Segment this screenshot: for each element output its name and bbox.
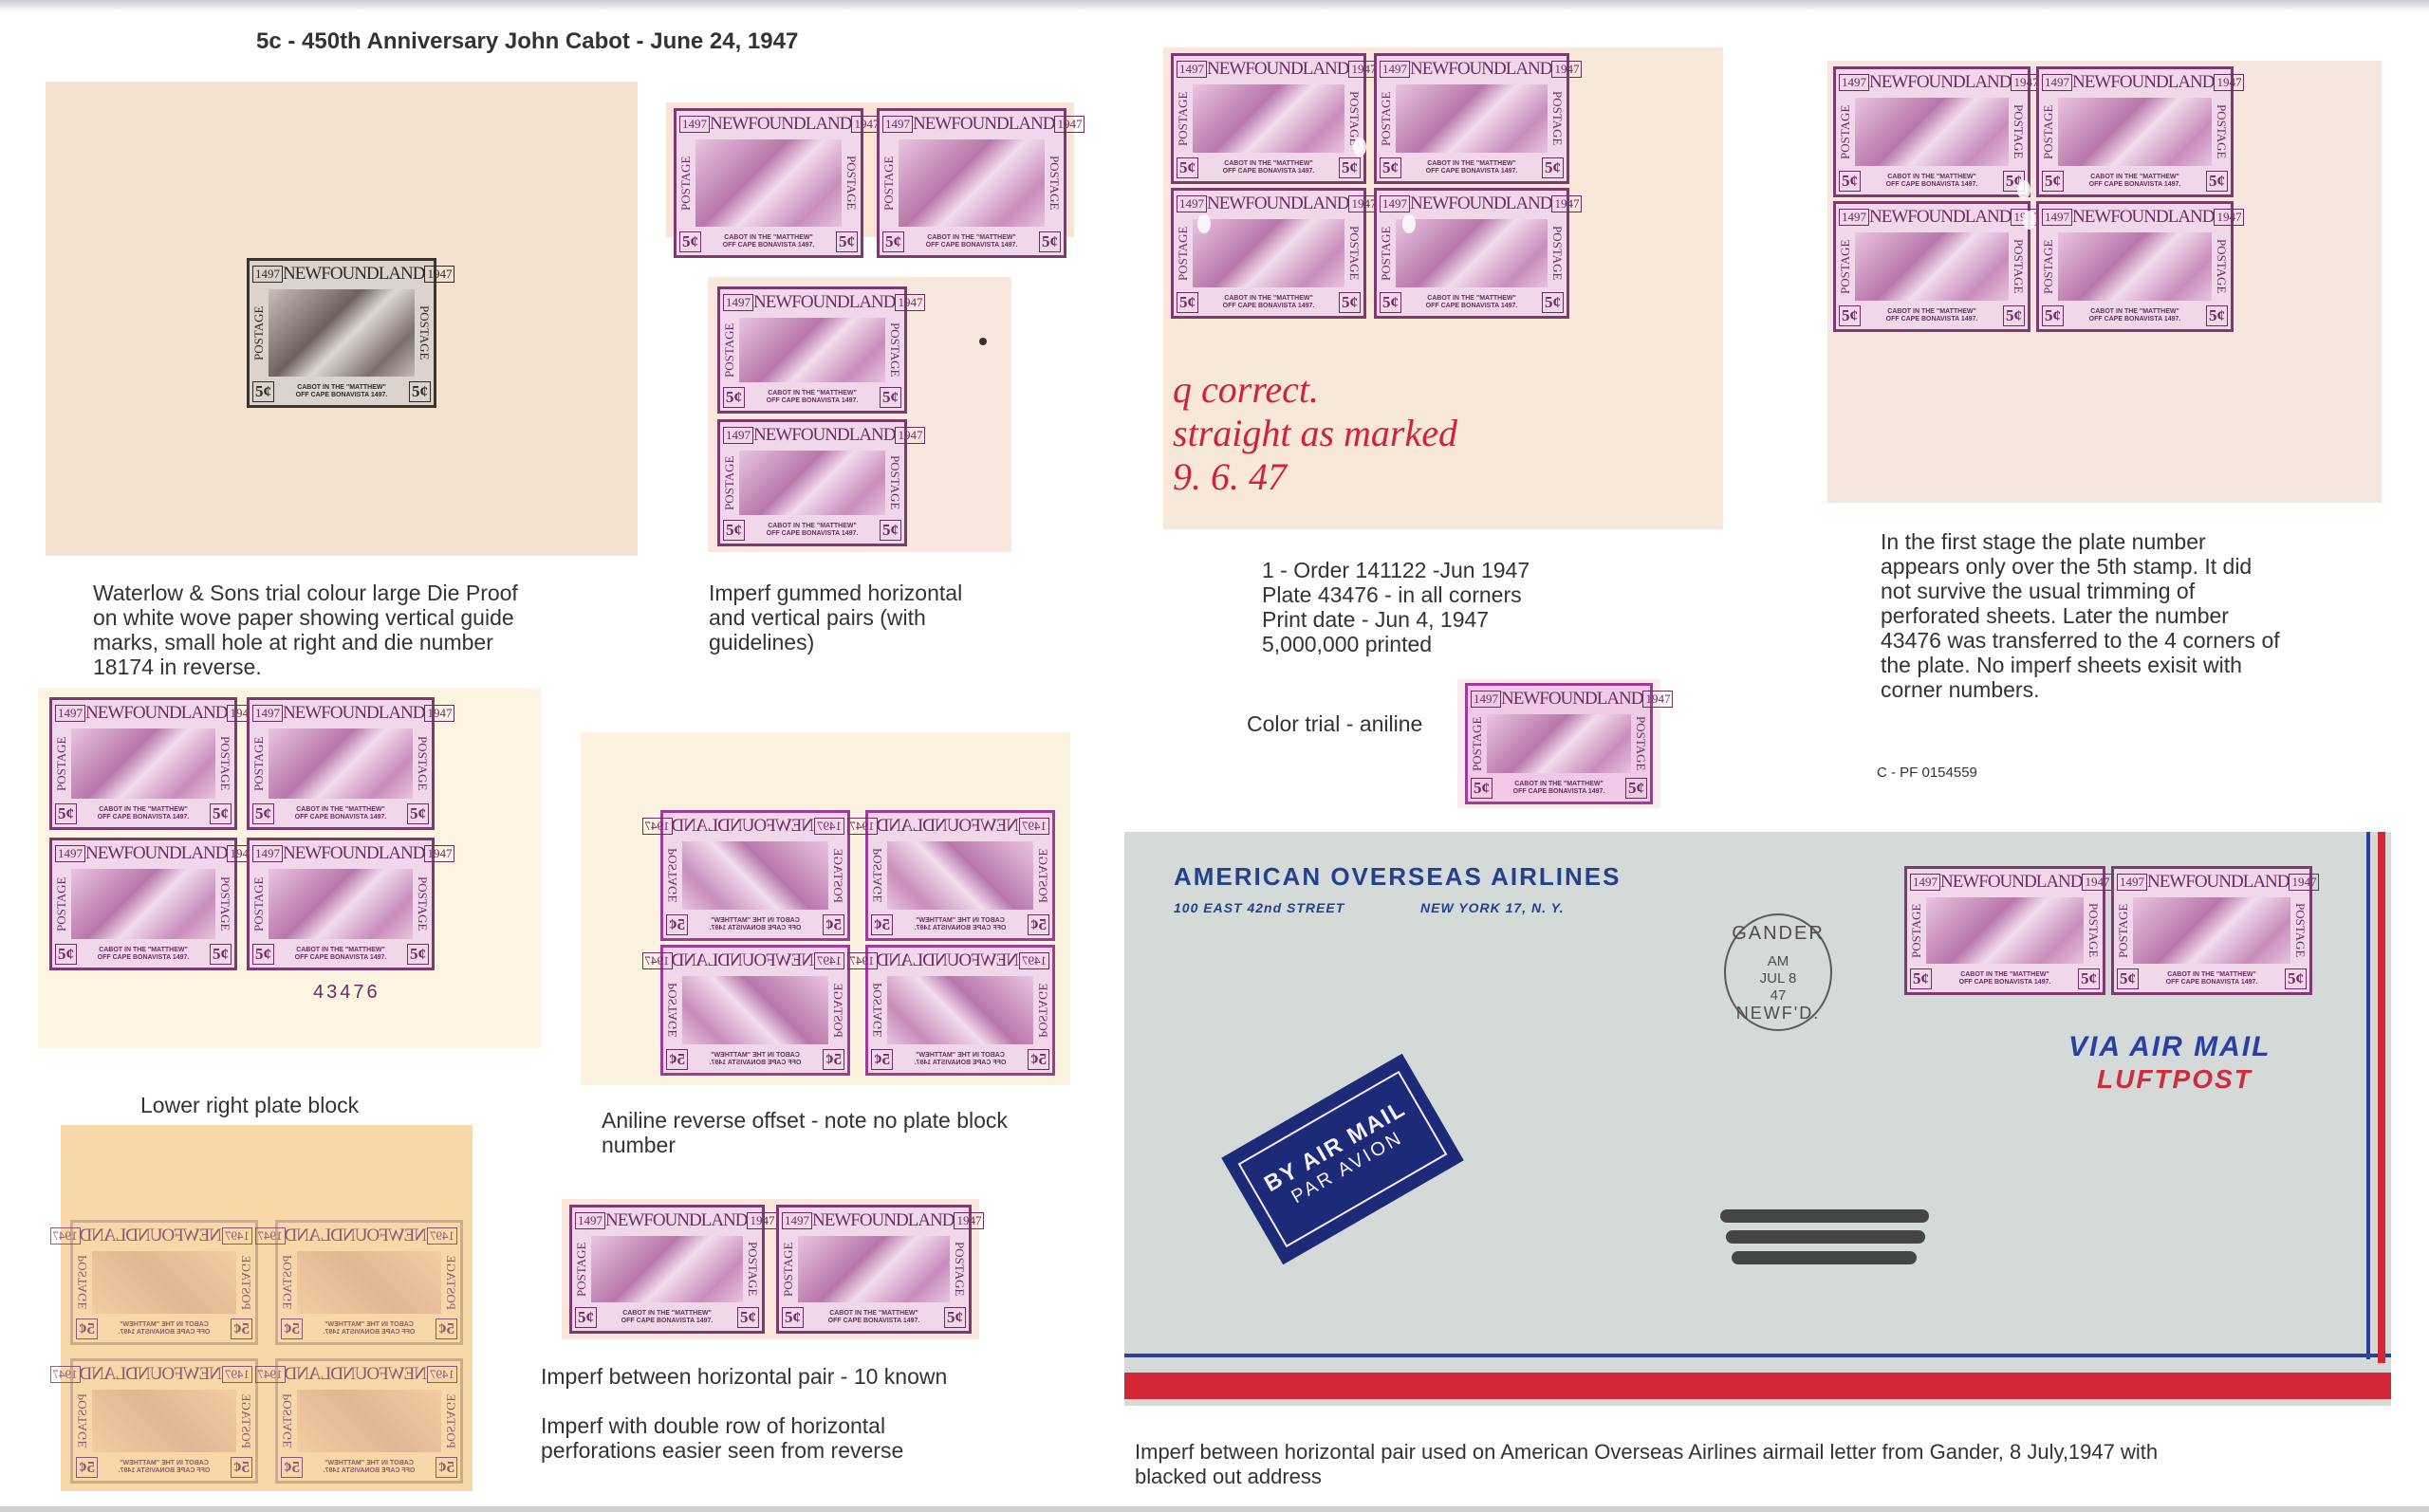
cover-stamp: 1497NEWFOUNDLAND1947POSTAGEPOSTAGE5¢CABO… [1904,866,2105,995]
stamp-country: NEWFOUNDLAND [710,114,851,135]
stamp-side-right: POSTAGE [665,976,680,1044]
stamp-country: NEWFOUNDLAND [85,843,227,864]
stamp-footer: 5¢CABOT IN THE "MATTHEW"OFF CAPE BONAVIS… [1468,775,1650,802]
stamp-side-right: POSTAGE [745,1236,760,1302]
stamp-legend: CABOT IN THE "MATTHEW"OFF CAPE BONAVISTA… [1959,971,2051,986]
stamp-value-right: 5¢ [2285,968,2307,989]
stamp-year-left: 1497 [1019,818,1049,835]
stamp-value-right: 5¢ [871,914,893,935]
stamp-year-right: 1947 [2082,874,2112,891]
stamp-side-left: POSTAGE [238,1251,253,1314]
stamp-header: 1497NEWFOUNDLAND1947 [1377,56,1567,83]
stamp-value-left: 5¢ [882,231,904,252]
stamp-header: 1497NEWFOUNDLAND1947 [720,289,904,316]
stamp-ship-scene [92,1251,236,1314]
stamp-year-left: 1497 [782,1212,812,1229]
stamp-side-right: POSTAGE [2292,897,2308,964]
die-proof-caption: Waterlow & Sons trial colour large Die P… [93,581,518,679]
stamp-year-left: 1497 [1177,195,1207,212]
stamp-side-left: POSTAGE [1838,98,1853,166]
stamp-legend-line1: CABOT IN THE "MATTHEW" [768,390,857,396]
stamp-year-right: 1947 [2289,874,2319,891]
stamp-legend-line2: OFF CAPE BONAVISTA 1497. [2089,316,2181,323]
airline-name: AMERICAN OVERSEAS AIRLINES [1174,862,1621,892]
stamp-value-right: 5¢ [1339,157,1361,178]
stamp-value-left: 5¢ [1177,292,1198,313]
stamp-header: 1497NEWFOUNDLAND1947 [278,1223,460,1249]
stamp-country: NEWFOUNDLAND [913,114,1054,135]
stamp-ship-scene [2058,98,2212,166]
stamp-legend-line2: OFF CAPE BONAVISTA 1497. [710,925,802,931]
imperf-between-pair: 1497NEWFOUNDLAND1947POSTAGEPOSTAGE5¢CABO… [562,1199,979,1339]
stamp-year-left: 1497 [814,952,844,969]
stamp-ship-scene [2133,897,2290,964]
stamp-value-left: 5¢ [823,914,844,935]
stamp-legend: CABOT IN THE "MATTHEW"OFF CAPE BONAVISTA… [2166,971,2258,986]
stamp-legend-line1: CABOT IN THE "MATTHEW" [2090,308,2179,315]
stamp-country: NEWFOUNDLAND [283,843,424,864]
stamp-year-left: 1497 [427,1366,457,1383]
blacked-out-address [1732,1251,1917,1264]
guide-hole [979,338,987,345]
stamp-ship-scene [1193,219,1344,287]
stamp-legend-line1: CABOT IN THE "MATTHEW" [1514,781,1604,787]
stamp: 1497NEWFOUNDLAND1947POSTAGEPOSTAGE5¢CABO… [1465,683,1653,804]
first-stage-sheet: 1497NEWFOUNDLAND1947POSTAGEPOSTAGE5¢CABO… [1827,61,2382,503]
stamp-ship-scene [1855,232,2009,301]
stamp-legend: CABOT IN THE "MATTHEW"OFF CAPE BONAVISTA… [295,806,387,821]
stamp-value-right: 5¢ [210,803,232,824]
stamp-footer: 5¢CABOT IN THE "MATTHEW"OFF CAPE BONAVIS… [52,801,234,827]
stamp-value-right: 5¢ [880,387,901,408]
stamp-side-left: POSTAGE [781,1236,796,1302]
stamp-legend: CABOT IN THE "MATTHEW"OFF CAPE BONAVISTA… [1426,295,1518,310]
stamp-legend-line1: CABOT IN THE "MATTHEW" [1427,295,1516,302]
stamp-footer: 5¢CABOT IN THE "MATTHEW"OFF CAPE BONAVIS… [278,1454,460,1481]
postmark-town: GANDER [1726,923,1830,945]
stamp-side-right: POSTAGE [665,841,680,910]
stamp-value-right: 5¢ [76,1318,98,1339]
stamp-legend-line1: CABOT IN THE "MATTHEW" [297,384,386,391]
cover-caption: Imperf between horizontal pair used on A… [1135,1440,2158,1489]
stamp-footer: 5¢CABOT IN THE "MATTHEW"OFF CAPE BONAVIS… [1836,303,2028,329]
reverse-block-sheet: 1497NEWFOUNDLAND1947POSTAGEPOSTAGE5¢CABO… [61,1125,473,1491]
stamp-legend: CABOT IN THE "MATTHEW"OFF CAPE BONAVISTA… [295,947,387,962]
stamp-year-right: 1947 [747,1212,777,1229]
stamp-footer: 5¢CABOT IN THE "MATTHEW"OFF CAPE BONAVIS… [278,1316,460,1342]
stamp-header: 1497NEWFOUNDLAND1947 [1174,191,1363,217]
stamp-legend-line2: OFF CAPE BONAVISTA 1497. [710,1060,802,1066]
aniline-offset-caption: Aniline reverse offset - note no plate b… [602,1108,1008,1157]
stamp-side-left: POSTAGE [1379,84,1394,153]
stamp-year-right: 1947 [1551,61,1582,78]
stamp-legend-line2: OFF CAPE BONAVISTA 1497. [295,954,387,961]
stamp-value-left: 5¢ [436,1457,457,1478]
stamp-value-right: 5¢ [409,381,431,402]
page-title: 5c - 450th Anniversary John Cabot - June… [256,28,798,55]
stamp-legend: CABOT IN THE "MATTHEW"OFF CAPE BONAVISTA… [2089,308,2181,323]
stamp-legend: CABOT IN THE "MATTHEW"OFF CAPE BONAVISTA… [98,806,190,821]
blacked-out-address [1726,1230,1925,1244]
stamp-value-right: 5¢ [1542,157,1564,178]
stamp-side-left: POSTAGE [830,976,845,1044]
stamp-year-right: 1947 [50,1366,81,1383]
die-proof-sheet: 1497NEWFOUNDLAND1947POSTAGEPOSTAGE5¢CABO… [46,82,638,556]
stamp-footer: 5¢CABOT IN THE "MATTHEW"OFF CAPE BONAVIS… [720,517,904,544]
luftpost: LUFTPOST [2097,1064,2253,1095]
stamp-value-right: 5¢ [407,944,429,965]
double-row-caption: Imperf with double row of horizontal per… [541,1413,903,1463]
stamp-value-left: 5¢ [55,944,77,965]
stamp-legend: CABOT IN THE "MATTHEW"OFF CAPE BONAVISTA… [1223,295,1315,310]
stamp-side-right: POSTAGE [217,869,232,939]
stamp-ship-scene [1396,219,1548,287]
stamp-footer: 5¢CABOT IN THE "MATTHEW"OFF CAPE BONAVIS… [2039,303,2231,329]
stamp-legend: CABOT IN THE "MATTHEW"OFF CAPE BONAVISTA… [296,384,388,399]
stamp-year-right: 1947 [50,1227,81,1245]
stamp-country: NEWFOUNDLAND [1410,59,1551,80]
stamp-legend-line1: CABOT IN THE "MATTHEW" [724,234,813,241]
stamp-legend-line1: CABOT IN THE "MATTHEW" [1960,971,2049,978]
stamp-legend-line1: CABOT IN THE "MATTHEW" [711,1052,800,1059]
cover-stamp: 1497NEWFOUNDLAND1947POSTAGEPOSTAGE5¢CABO… [2111,866,2312,995]
stamp-year-left: 1497 [1380,61,1410,78]
stamp-value-left: 5¢ [723,387,745,408]
stamp-legend-line1: CABOT IN THE "MATTHEW" [324,1460,414,1466]
stamp-footer: 5¢CABOT IN THE "MATTHEW"OFF CAPE BONAVIS… [73,1316,255,1342]
stamp-country: NEWFOUNDLAND [1207,194,1348,214]
stamp-side-right: POSTAGE [1346,219,1362,287]
stamp-legend: CABOT IN THE "MATTHEW"OFF CAPE BONAVISTA… [1426,160,1518,175]
stamp-header: 1497NEWFOUNDLAND1947 [1836,204,2028,230]
stamp-header: 1497NEWFOUNDLAND1947 [663,813,847,839]
stamp-value-right: 5¢ [281,1457,303,1478]
stamp-side-right: POSTAGE [75,1390,90,1452]
stamp-reverse-view: 1497NEWFOUNDLAND1947POSTAGEPOSTAGE5¢CABO… [275,1220,463,1345]
vertical-pair-sheet: 1497NEWFOUNDLAND1947POSTAGEPOSTAGE5¢CABO… [708,277,1011,552]
stamp-value-left: 5¢ [782,1307,804,1328]
stamp-legend-line2: OFF CAPE BONAVISTA 1497. [2089,181,2181,188]
stamp-legend: CABOT IN THE "MATTHEW"OFF CAPE BONAVISTA… [324,1321,416,1337]
stamp-ship-scene [695,139,842,227]
stamp-country: NEWFOUNDLAND [2072,207,2214,228]
stamp-side-left: POSTAGE [251,728,267,799]
stamp-side-right: POSTAGE [417,289,432,377]
gummed-pairs-caption: Imperf gummed horizontal and vertical pa… [709,581,962,655]
stamp: 1497NEWFOUNDLAND1947POSTAGEPOSTAGE5¢CABO… [1833,201,2030,332]
stamp-legend-line2: OFF CAPE BONAVISTA 1497. [119,1329,211,1336]
stamp-country: NEWFOUNDLAND [1410,194,1551,214]
stamp-value-right: 5¢ [737,1307,759,1328]
top-edge-shadow [0,0,2429,11]
stamp-country: NEWFOUNDLAND [753,292,895,313]
stamp-year-left: 1497 [55,845,85,862]
stamp-side-left: POSTAGE [443,1390,458,1452]
stamp-side-right: POSTAGE [844,139,859,227]
stamp-value-right: 5¢ [880,520,901,541]
stamp-header: 1497NEWFOUNDLAND1947 [250,840,432,867]
stamp-year-right: 1947 [424,845,454,862]
stamp-country: NEWFOUNDLAND [673,950,814,971]
punch-hole [2017,180,2030,199]
stamp: 1497NEWFOUNDLAND1947POSTAGEPOSTAGE5¢CABO… [49,697,237,830]
cover-stripe-right-red [2378,832,2385,1363]
stamp-legend-line2: OFF CAPE BONAVISTA 1497. [324,1467,416,1474]
stamp-year-left: 1497 [723,427,753,444]
stamp-header: 1497NEWFOUNDLAND1947 [868,813,1052,839]
stamp-footer: 5¢CABOT IN THE "MATTHEW"OFF CAPE BONAVIS… [868,912,1052,938]
stamp-country: NEWFOUNDLAND [81,1226,222,1246]
stamp-side-left: POSTAGE [1379,219,1394,287]
stamp-year-left: 1497 [252,705,283,722]
stamp-legend-line1: CABOT IN THE "MATTHEW" [120,1321,209,1328]
stamp-value-left: 5¢ [723,520,745,541]
stamp-header: 1497NEWFOUNDLAND1947 [1907,869,2103,895]
stamp-side-left: POSTAGE [443,1251,458,1314]
stamp-year-right: 1947 [642,818,673,835]
stamp-side-right: POSTAGE [1047,139,1062,227]
cover-stripe-right-blue [2366,832,2370,1359]
stamp-legend-line2: OFF CAPE BONAVISTA 1497. [926,242,1018,249]
stamp-ship-scene [739,318,885,382]
stamp-value-left: 5¢ [252,381,274,402]
stamp-value-right: 5¢ [871,1049,893,1070]
stamp-year-left: 1497 [222,1366,252,1383]
stamp-legend-line2: OFF CAPE BONAVISTA 1497. [324,1329,416,1336]
cover-stripe-red [1124,1373,2391,1399]
stamp-legend: CABOT IN THE "MATTHEW"OFF CAPE BONAVISTA… [915,1052,1007,1067]
aniline-offset-sheet: 1497NEWFOUNDLAND1947POSTAGEPOSTAGE5¢CABO… [581,732,1070,1085]
plate-block-sheet: 1497NEWFOUNDLAND1947POSTAGEPOSTAGE5¢CABO… [38,688,541,1048]
stamp: 1497NEWFOUNDLAND1947POSTAGEPOSTAGE5¢CABO… [1171,188,1366,319]
stamp: 1497NEWFOUNDLAND1947POSTAGEPOSTAGE5¢CABO… [49,838,237,970]
stamp-ship-scene [71,728,215,799]
stamp-header: 1497NEWFOUNDLAND1947 [1377,191,1567,217]
stamp-side-left: POSTAGE [238,1390,253,1452]
stamp-value-left: 5¢ [1910,968,1932,989]
stamp-country: NEWFOUNDLAND [1869,207,2011,228]
stamp-country: NEWFOUNDLAND [1207,59,1348,80]
stamp-side-right: POSTAGE [1549,84,1565,153]
stamp-year-left: 1497 [1380,195,1410,212]
stamp-year-left: 1497 [1177,61,1207,78]
stamp-country: NEWFOUNDLAND [1869,72,2011,93]
stamp-header: 1497NEWFOUNDLAND1947 [278,1361,460,1388]
punch-hole [1402,214,1416,233]
bottom-edge [0,1506,2429,1512]
stamp-year-right: 1947 [2214,74,2244,91]
stamp-value-left: 5¢ [1028,1049,1049,1070]
stamp-footer: 5¢CABOT IN THE "MATTHEW"OFF CAPE BONAVIS… [250,941,432,968]
stamp-year-left: 1497 [2042,209,2072,226]
stamp-value-right: 5¢ [1542,292,1564,313]
punch-hole [2023,211,2036,230]
stamp-year-left: 1497 [1839,209,1869,226]
stamp-side-left: POSTAGE [722,451,737,515]
stamp-footer: 5¢CABOT IN THE "MATTHEW"OFF CAPE BONAVIS… [663,912,847,938]
stamp-ship-scene [739,451,885,515]
stamp-value-left: 5¢ [1839,171,1861,192]
stamp-header: 1497NEWFOUNDLAND1947 [73,1223,255,1249]
stamp-country: NEWFOUNDLAND [1940,872,2082,893]
stamp-legend-line2: OFF CAPE BONAVISTA 1497. [621,1318,714,1324]
stamp-legend: CABOT IN THE "MATTHEW"OFF CAPE BONAVISTA… [926,234,1018,249]
color-trial-caption: Color trial - aniline [1247,711,1422,736]
stamp-side-left: POSTAGE [251,289,267,377]
stamp-legend-line1: CABOT IN THE "MATTHEW" [99,806,188,813]
stamp-legend: CABOT IN THE "MATTHEW"OFF CAPE BONAVISTA… [1886,308,1978,323]
stamp-value-right: 5¢ [2078,968,2100,989]
stamp: 1497NEWFOUNDLAND1947POSTAGEPOSTAGE5¢CABO… [247,697,435,830]
stamp-legend: CABOT IN THE "MATTHEW"OFF CAPE BONAVISTA… [324,1460,416,1475]
stamp-year-right: 1947 [255,1227,286,1245]
stamp-value-left: 5¢ [2042,171,2064,192]
stamp-legend-line2: OFF CAPE BONAVISTA 1497. [1426,168,1518,175]
stamp-ship-scene [1487,714,1631,773]
stamp-year-right: 1947 [1054,116,1085,133]
stamp-reverse-view: 1497NEWFOUNDLAND1947POSTAGEPOSTAGE5¢CABO… [70,1220,258,1345]
stamp-ship-scene [1396,84,1548,153]
stamp-year-left: 1497 [222,1227,252,1245]
stamp-footer: 5¢CABOT IN THE "MATTHEW"OFF CAPE BONAVIS… [572,1304,762,1331]
stamp-year-left: 1497 [55,705,85,722]
stamp-value-right: 5¢ [666,914,688,935]
stamp-country: NEWFOUNDLAND [286,1364,427,1385]
stamp-country: NEWFOUNDLAND [2147,872,2289,893]
stamp-header: 1497NEWFOUNDLAND1947 [779,1208,969,1234]
stamp-country: NEWFOUNDLAND [2072,72,2214,93]
stamp-side-right: POSTAGE [217,728,232,799]
stamp-header: 1497NEWFOUNDLAND1947 [1174,56,1363,83]
stamp-legend: CABOT IN THE "MATTHEW"OFF CAPE BONAVISTA… [915,917,1007,932]
stamp-side-right: POSTAGE [280,1390,295,1452]
stamp-country: NEWFOUNDLAND [81,1364,222,1385]
stamp-footer: 5¢CABOT IN THE "MATTHEW"OFF CAPE BONAVIS… [1377,289,1567,316]
stamp-ship-scene [682,976,828,1044]
stamp-legend-line2: OFF CAPE BONAVISTA 1497. [1959,979,2051,986]
stamp-legend: CABOT IN THE "MATTHEW"OFF CAPE BONAVISTA… [2089,174,2181,189]
stamp-legend-line2: OFF CAPE BONAVISTA 1497. [767,530,859,537]
stamp-year-right: 1947 [954,1212,984,1229]
stamp-legend-line2: OFF CAPE BONAVISTA 1497. [915,925,1007,931]
stamp-value-left: 5¢ [1839,305,1861,326]
stamp-legend-line1: CABOT IN THE "MATTHEW" [916,917,1005,924]
stamp-value-right: 5¢ [2206,305,2228,326]
stamp-legend-line1: CABOT IN THE "MATTHEW" [99,947,188,953]
plate-number: 43476 [313,982,380,1004]
stamp-side-left: POSTAGE [54,869,69,939]
stamp-ship-scene [92,1390,236,1452]
order-sheet-caption: 1 - Order 141122 -Jun 1947 Plate 43476 -… [1262,558,1530,656]
stamp-legend: CABOT IN THE "MATTHEW"OFF CAPE BONAVISTA… [621,1310,714,1325]
stamp-year-right: 1947 [895,427,925,444]
stamp-ship-scene [269,289,415,377]
stamp-value-right: 5¢ [2206,171,2228,192]
stamp-value-right: 5¢ [281,1318,303,1339]
stamp-side-right: POSTAGE [75,1251,90,1314]
stamp-value-left: 5¢ [55,803,77,824]
handwritten-note: q correct. straight as marked 9. 6. 47 [1173,368,1457,499]
stamp-footer: 5¢CABOT IN THE "MATTHEW"OFF CAPE BONAVIS… [880,229,1064,255]
stamp-header: 1497NEWFOUNDLAND1947 [663,948,847,974]
stamp-legend-line1: CABOT IN THE "MATTHEW" [120,1460,209,1466]
stamp-side-left: POSTAGE [54,728,69,799]
stamp-footer: 5¢CABOT IN THE "MATTHEW"OFF CAPE BONAVIS… [720,384,904,411]
stamp-footer: 5¢CABOT IN THE "MATTHEW"OFF CAPE BONAVIS… [250,378,434,405]
stamp-side-right: POSTAGE [870,841,885,910]
stamp-legend: CABOT IN THE "MATTHEW"OFF CAPE BONAVISTA… [723,234,815,249]
stamp-side-right: POSTAGE [887,318,902,382]
stamp-header: 1497NEWFOUNDLAND1947 [2039,69,2231,96]
stamp: 1497NEWFOUNDLAND1947POSTAGEPOSTAGE5¢CABO… [569,1205,765,1334]
stamp: 1497NEWFOUNDLAND1947POSTAGEPOSTAGE5¢CABO… [1171,53,1366,184]
stamp-footer: 5¢CABOT IN THE "MATTHEW"OFF CAPE BONAVIS… [73,1454,255,1481]
via-air-mail: VIA AIR MAIL [2068,1031,2271,1063]
stamp-legend: CABOT IN THE "MATTHEW"OFF CAPE BONAVISTA… [119,1460,211,1475]
airline-address-street: 100 EAST 42nd STREET [1174,900,1344,915]
stamp-side-right: POSTAGE [2214,98,2229,166]
stamp-header: 1497NEWFOUNDLAND1947 [52,700,234,727]
stamp-year-left: 1497 [1839,74,1869,91]
stamp-value-right: 5¢ [666,1049,688,1070]
stamp-year-right: 1947 [424,705,454,722]
stamp-country: NEWFOUNDLAND [286,1226,427,1246]
stamp-value-right: 5¢ [944,1307,966,1328]
stamp-side-left: POSTAGE [1176,84,1191,153]
stamp-side-left: POSTAGE [2041,232,2056,301]
stamp-reversed: 1497NEWFOUNDLAND1947POSTAGEPOSTAGE5¢CABO… [865,810,1055,941]
stamp-legend: CABOT IN THE "MATTHEW"OFF CAPE BONAVISTA… [1223,160,1315,175]
stamp-legend: CABOT IN THE "MATTHEW"OFF CAPE BONAVISTA… [119,1321,211,1337]
stamp-legend-line1: CABOT IN THE "MATTHEW" [927,234,1016,241]
stamp-legend-line1: CABOT IN THE "MATTHEW" [2167,971,2256,978]
stamp-ship-scene [682,841,828,910]
blacked-out-address [1720,1209,1929,1223]
stamp-year-left: 1497 [882,116,913,133]
stamp-header: 1497NEWFOUNDLAND1947 [52,840,234,867]
stamp-side-left: POSTAGE [574,1236,589,1302]
stamp-footer: 5¢CABOT IN THE "MATTHEW"OFF CAPE BONAVIS… [1174,155,1363,181]
punch-hole [1353,138,1366,157]
stamp-header: 1497NEWFOUNDLAND1947 [720,422,904,449]
stamp-ship-scene [297,1390,441,1452]
stamp-side-right: POSTAGE [870,976,885,1044]
reference-number: C - PF 0154559 [1877,761,1977,785]
stamp-side-left: POSTAGE [1470,714,1485,773]
horizontal-pair-sheet: 1497NEWFOUNDLAND1947POSTAGEPOSTAGE5¢CABO… [666,102,1074,237]
stamp-header: 1497NEWFOUNDLAND1947 [1836,69,2028,96]
stamp-side-right: POSTAGE [2214,232,2229,301]
stamp-ship-scene [269,728,413,799]
stamp-legend-line1: CABOT IN THE "MATTHEW" [2090,174,2179,180]
stamp-header: 1497NEWFOUNDLAND1947 [1468,686,1650,712]
stamp-year-right: 1947 [255,1366,286,1383]
stamp-footer: 5¢CABOT IN THE "MATTHEW"OFF CAPE BONAVIS… [250,801,432,827]
cover-stripe-blue [1124,1354,2391,1357]
stamp-side-right: POSTAGE [415,728,430,799]
stamp-legend-line2: OFF CAPE BONAVISTA 1497. [296,392,388,398]
stamp-footer: 5¢CABOT IN THE "MATTHEW"OFF CAPE BONAVIS… [1377,155,1567,181]
stamp-side-right: POSTAGE [887,451,902,515]
stamp-legend: CABOT IN THE "MATTHEW"OFF CAPE BONAVISTA… [710,917,802,932]
stamp-year-left: 1497 [1910,874,1940,891]
stamp-year-right: 1947 [895,294,925,311]
stamp-legend-line2: OFF CAPE BONAVISTA 1497. [1223,303,1315,309]
stamp-ship-scene [269,869,413,939]
stamp-side-left: POSTAGE [1909,897,1924,964]
stamp-footer: 5¢CABOT IN THE "MATTHEW"OFF CAPE BONAVIS… [1836,168,2028,194]
stamp-country: NEWFOUNDLAND [878,816,1019,837]
